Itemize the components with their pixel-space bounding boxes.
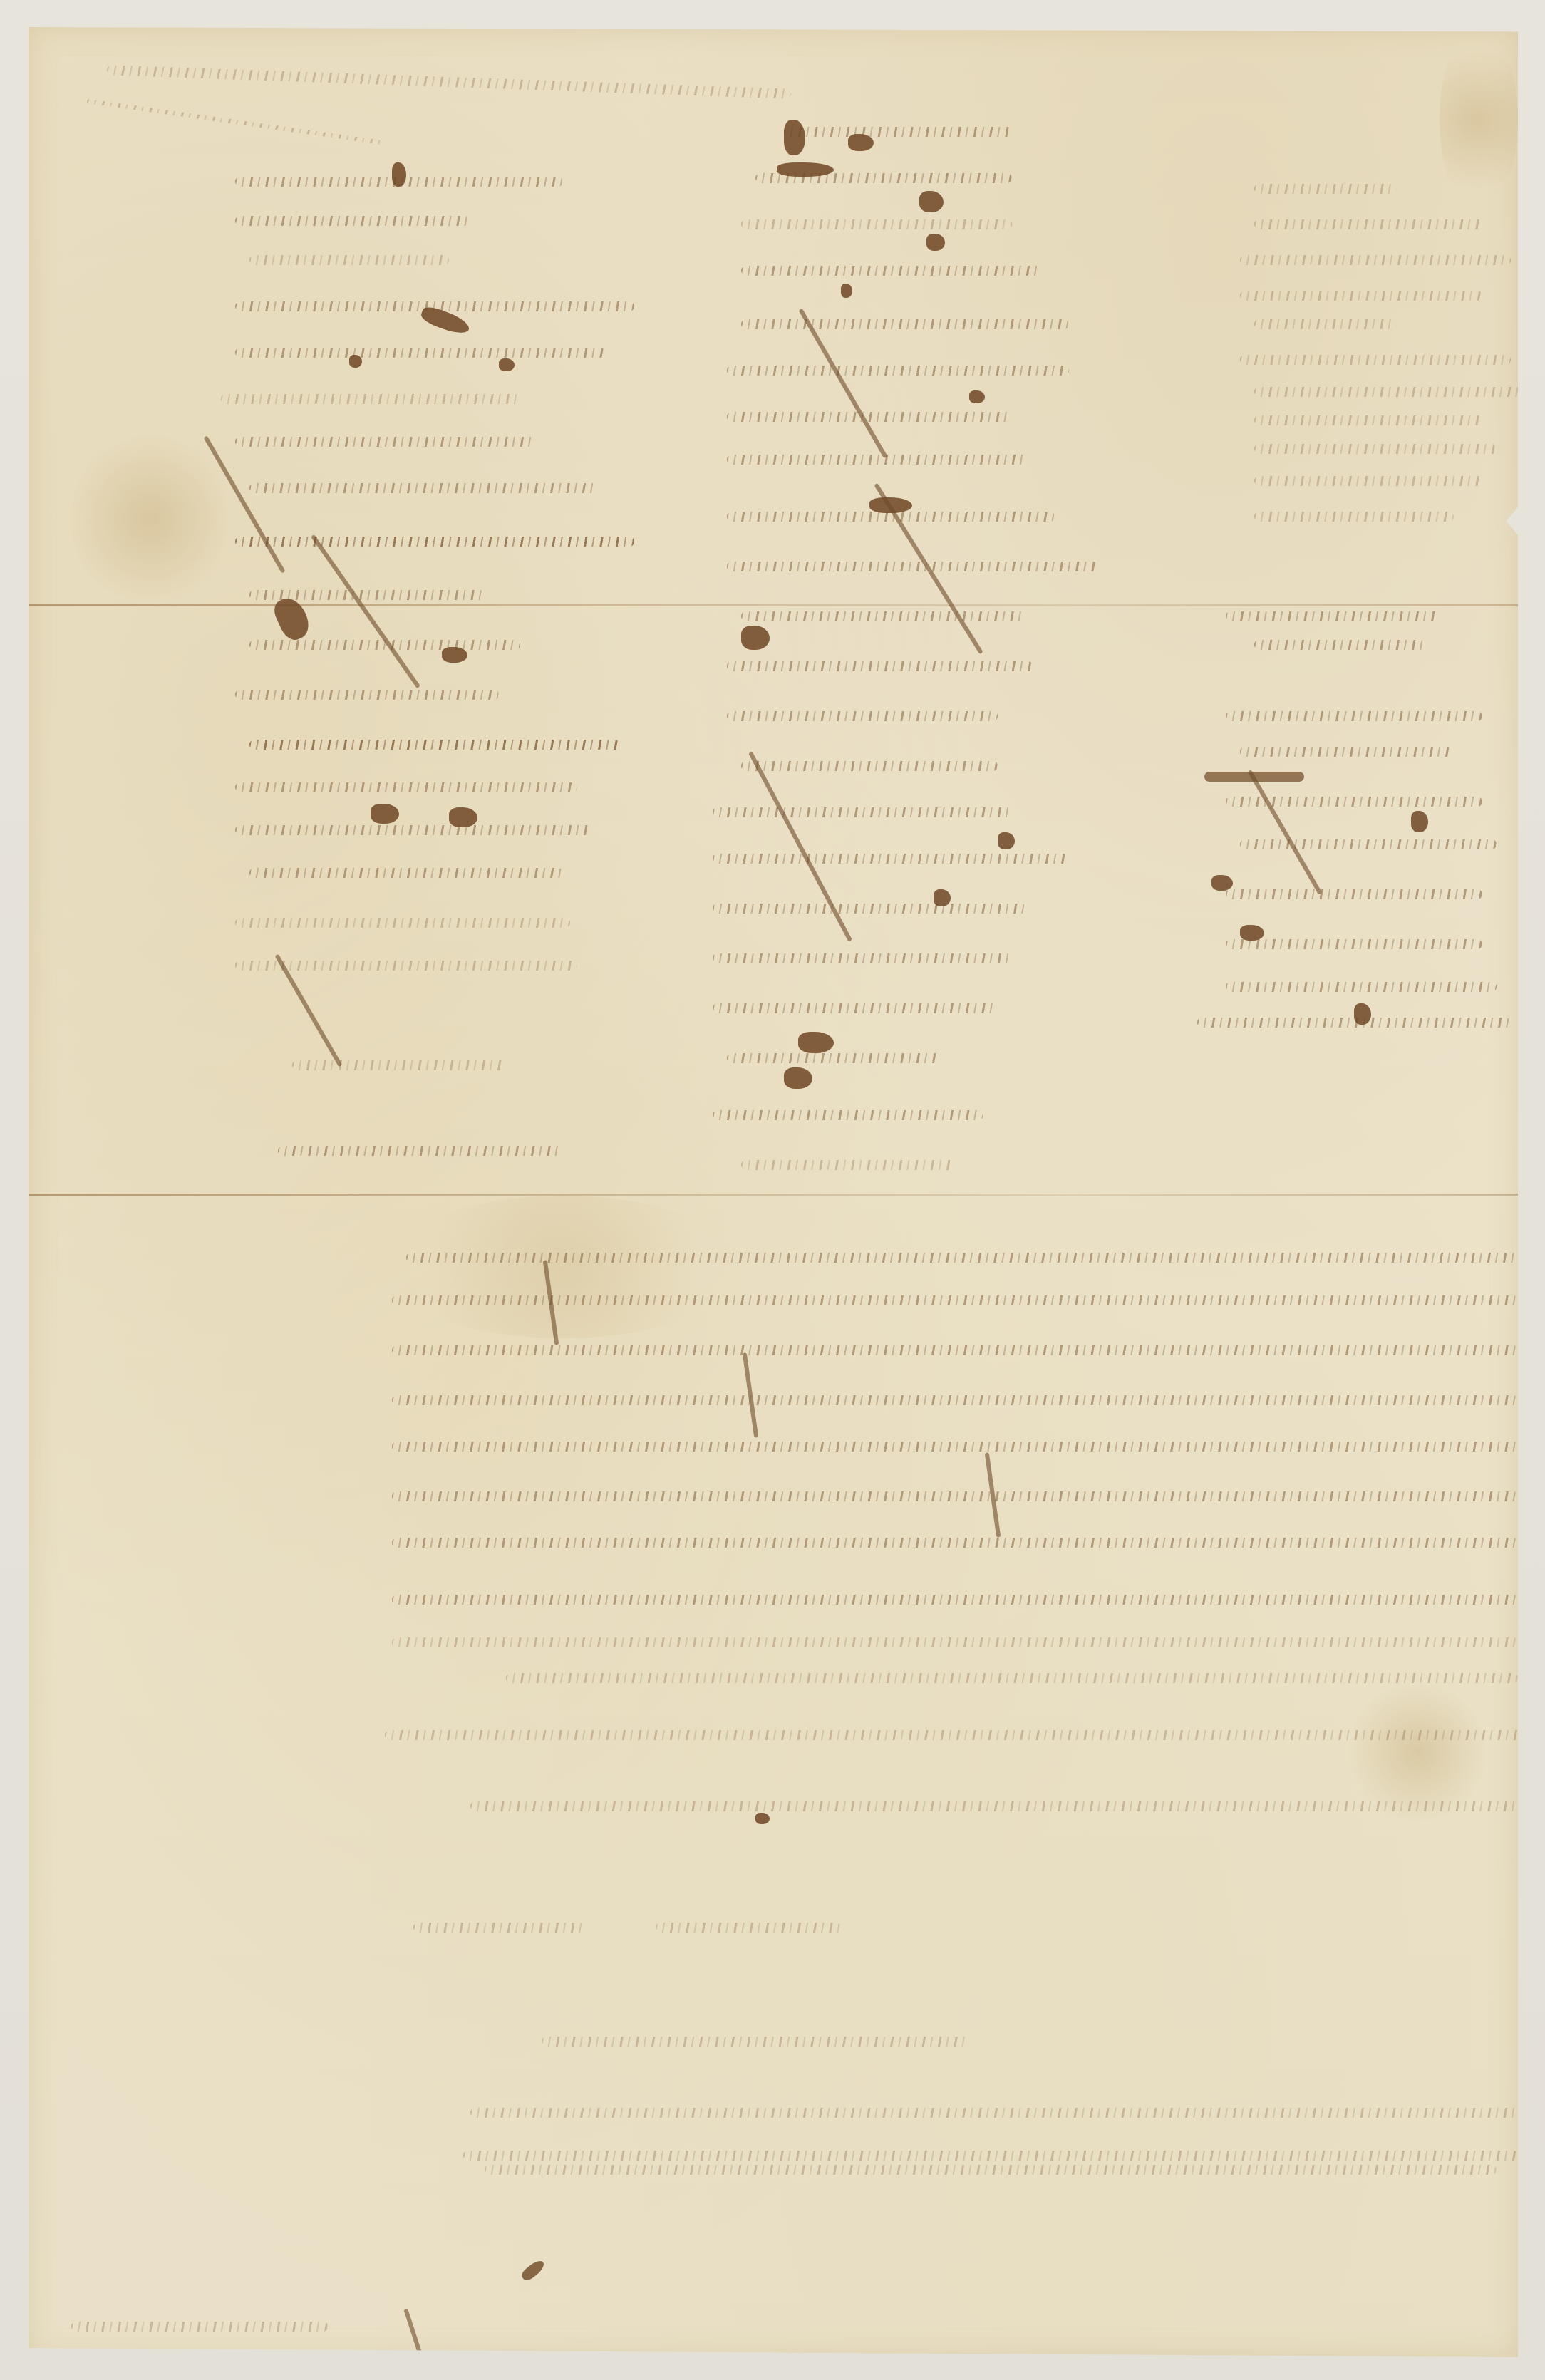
right-list-column: right list column [1197,170,1525,1167]
closing-lines: signature / closing lines [356,1723,1525,2179]
prose-paragraph: handwritten prose block [363,1238,1518,1680]
left-list-column: left list column [207,148,691,1160]
document-orientation: upside-down, mirrored (reverse side / bl… [29,27,29,28]
document-legibility: illegible handwritten script [29,27,29,28]
document-type: archival manuscript leaf [29,27,29,28]
fold-line-middle [29,1194,1518,1196]
paper-stain [71,426,228,611]
manuscript-page: archival manuscript leaf upside-down, mi… [29,27,1518,2357]
middle-list-column: middle list column [713,113,1169,1167]
